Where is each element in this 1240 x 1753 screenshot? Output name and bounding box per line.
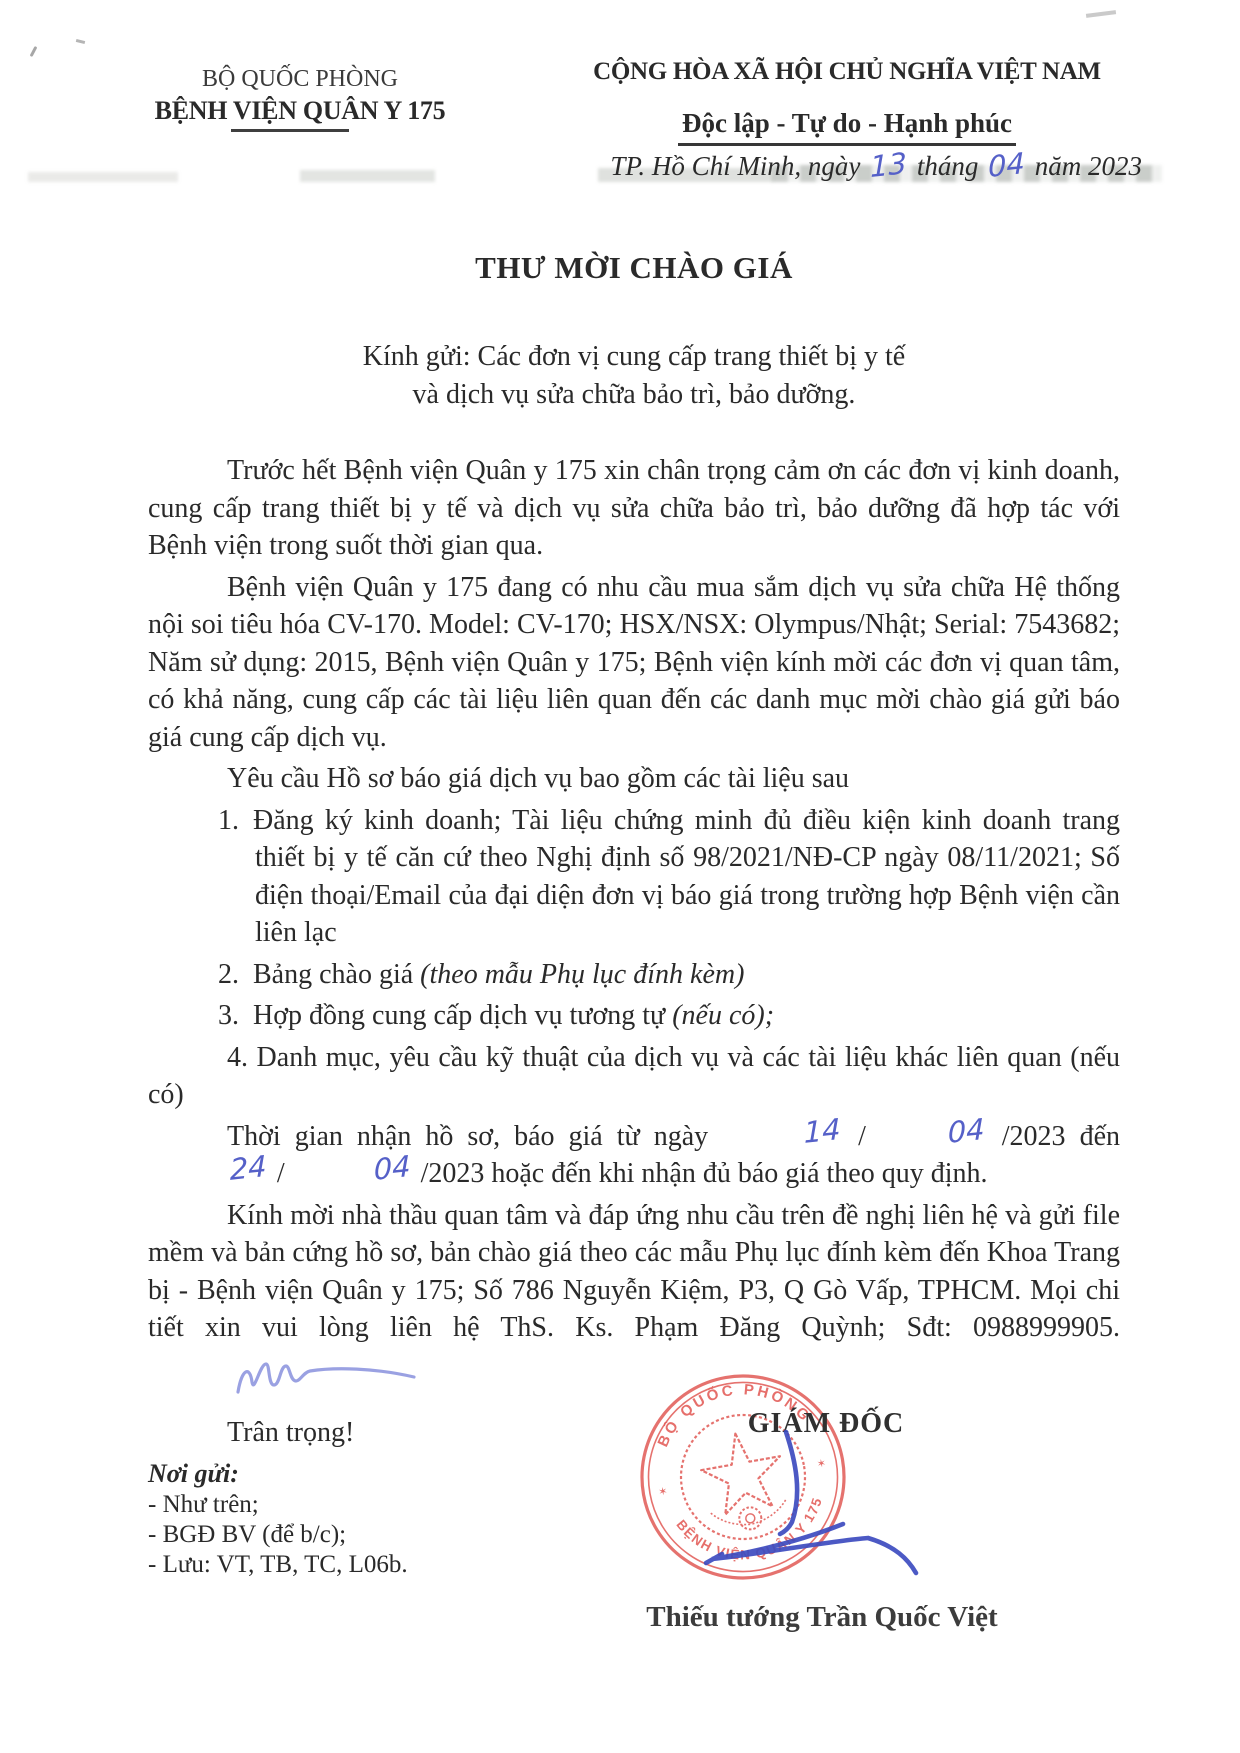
header-issuer-block: BỘ QUỐC PHÒNG BỆNH VIỆN QUÂN Y 175 [130,64,470,132]
issuer-parent-org: BỘ QUỐC PHÒNG [130,64,470,94]
salutation-line2: và dịch vụ sửa chữa bảo trì, bảo dưỡng. [148,376,1120,414]
list-item-2: 2.Bảng chào giá (theo mẫu Phụ lục đính k… [218,956,1120,994]
list-text-italic: (theo mẫu Phụ lục đính kèm) [420,959,744,990]
handwritten-day: 13 [870,153,907,177]
issuer-org: BỆNH VIỆN QUÂN Y 175 [130,94,470,127]
signer-name: Thiếu tướng Trần Quốc Việt [602,1601,1042,1634]
deadline-sep: / [277,1158,285,1189]
list-number: 4. [227,1042,248,1073]
place-date-mid: tháng [917,151,979,181]
list-item-3: 3.Hợp đồng cung cấp dịch vụ tương tự (nế… [218,997,1120,1035]
contact-text: Kính mời nhà thầu quan tâm và đáp ứng nh… [148,1200,1120,1344]
header-national-block: CỘNG HÒA XÃ HỘI CHỦ NGHĨA VIỆT NAM Độc l… [552,56,1142,182]
list-number: 1. [218,805,239,836]
deadline-sep: /2023 đến [1002,1121,1120,1152]
handwritten-from-day: 14 [725,1118,841,1150]
deadline-suffix: /2023 hoặc đến khi nhận đủ báo giá theo … [421,1158,988,1189]
signature-stroke [608,1416,928,1586]
list-text: Danh mục, yêu cầu kỹ thuật của dịch vụ v… [148,1042,1120,1111]
issuer-underline [231,129,349,132]
list-text: Đăng ký kinh doanh; Tài liệu chứng minh … [253,805,1120,949]
list-number: 3. [218,1000,239,1031]
scan-mark [76,39,85,44]
paragraph-contact: Kính mời nhà thầu quan tâm và đáp ứng nh… [148,1197,1120,1411]
list-item-4: 4. Danh mục, yêu cầu kỹ thuật của dịch v… [148,1039,1120,1114]
salutation: Kính gửi: Các đơn vị cung cấp trang thiế… [148,338,1120,414]
handwritten-from-month: 04 [869,1118,985,1150]
national-motto-line1: CỘNG HÒA XÃ HỘI CHỦ NGHĨA VIỆT NAM [552,56,1142,88]
national-motto-line2: Độc lập - Tự do - Hạnh phúc [678,107,1016,146]
deadline-sep: / [858,1121,866,1152]
list-text: Hợp đồng cung cấp dịch vụ tương tự [253,1000,672,1031]
paragraph-deadline: Thời gian nhận hồ sơ, báo giá từ ngày 14… [148,1118,1120,1193]
scan-artifact-band [28,172,178,182]
salutation-line1: Kính gửi: Các đơn vị cung cấp trang thiế… [148,338,1120,376]
handwritten-month: 04 [988,153,1025,177]
handwritten-to-day: 24 [151,1156,267,1188]
scan-mark [30,46,38,57]
paragraphs: Trước hết Bệnh viện Quân y 175 xin chân … [148,452,1120,1452]
letter-body: THƯ MỜI CHÀO GIÁ Kính gửi: Các đơn vị cu… [148,0,1120,1580]
scanned-letter-page: BỘ QUỐC PHÒNG BỆNH VIỆN QUÂN Y 175 CỘNG … [0,0,1240,1753]
scan-artifact-band [300,170,435,182]
deadline-prefix: Thời gian nhận hồ sơ, báo giá từ ngày [227,1121,708,1152]
paragraph-intro: Trước hết Bệnh viện Quân y 175 xin chân … [148,452,1120,565]
list-text-italic: (nếu có); [672,1000,774,1031]
place-date-prefix: TP. Hồ Chí Minh, ngày [610,151,860,181]
paragraph-need: Bệnh viện Quân y 175 đang có nhu cầu mua… [148,569,1120,757]
handwritten-initials [154,1354,418,1411]
paragraph-requirements: Yêu cầu Hồ sơ báo giá dịch vụ bao gồm cá… [148,760,1120,798]
list-text: Bảng chào giá [253,959,420,990]
list-number: 2. [218,959,239,990]
place-date-suffix: năm 2023 [1035,151,1142,181]
place-date-line: TP. Hồ Chí Minh, ngày 13 tháng 04 năm 20… [552,151,1142,182]
handwritten-to-month: 04 [295,1156,411,1188]
list-item-1: 1.Đăng ký kinh doanh; Tài liệu chứng min… [218,802,1120,952]
